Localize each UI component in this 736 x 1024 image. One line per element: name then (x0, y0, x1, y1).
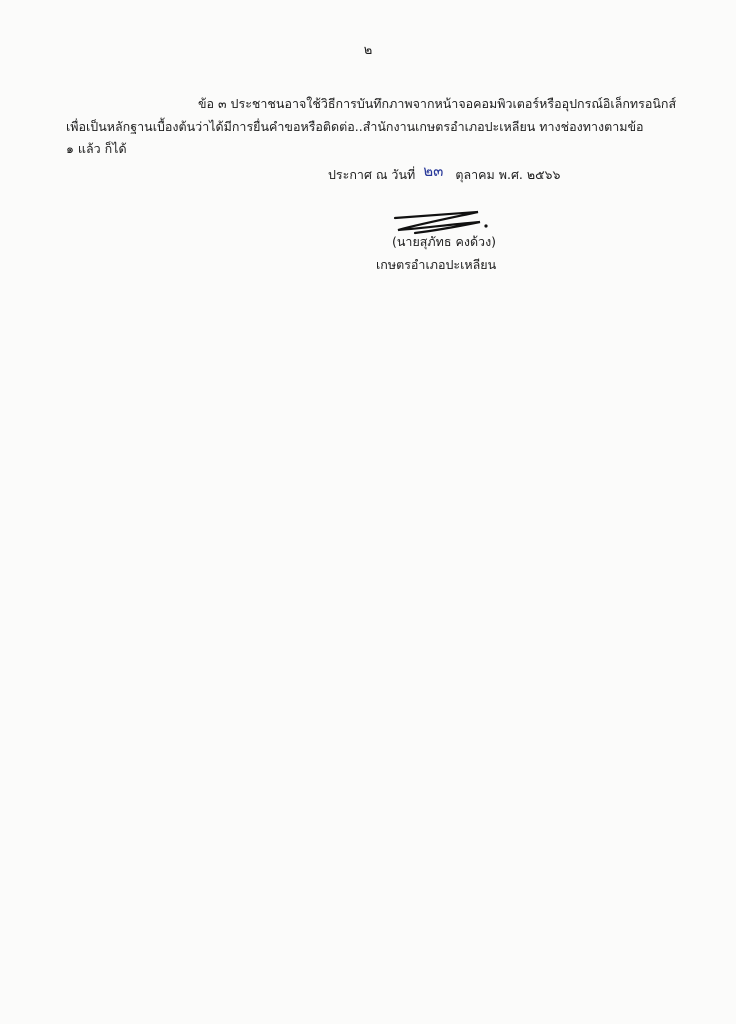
announcement-date: ประกาศ ณ วันที่๒๓ตุลาคม พ.ศ. ๒๕๖๖ (328, 167, 560, 182)
paragraph-line-2: เพื่อเป็นหลักฐานเบื้องต้นว่าได้มีการยื่น… (66, 121, 644, 134)
signature-icon (390, 210, 490, 236)
signatory-position: เกษตรอำเภอปะเหลียน (376, 259, 496, 272)
date-suffix: ตุลาคม พ.ศ. ๒๕๖๖ (455, 167, 560, 182)
page-number: ๒ (0, 44, 736, 57)
paragraph-line-1: ข้อ ๓ ประชาชนอาจใช้วิธีการบันทึกภาพจากหน… (198, 98, 676, 111)
date-prefix: ประกาศ ณ วันที่ (328, 167, 415, 182)
signatory-name: (นายสุภัทธ คงด้วง) (392, 236, 496, 249)
handwritten-day: ๒๓ (423, 162, 443, 180)
paragraph-line-3: ๑ แล้ว ก็ได้ (66, 143, 127, 156)
